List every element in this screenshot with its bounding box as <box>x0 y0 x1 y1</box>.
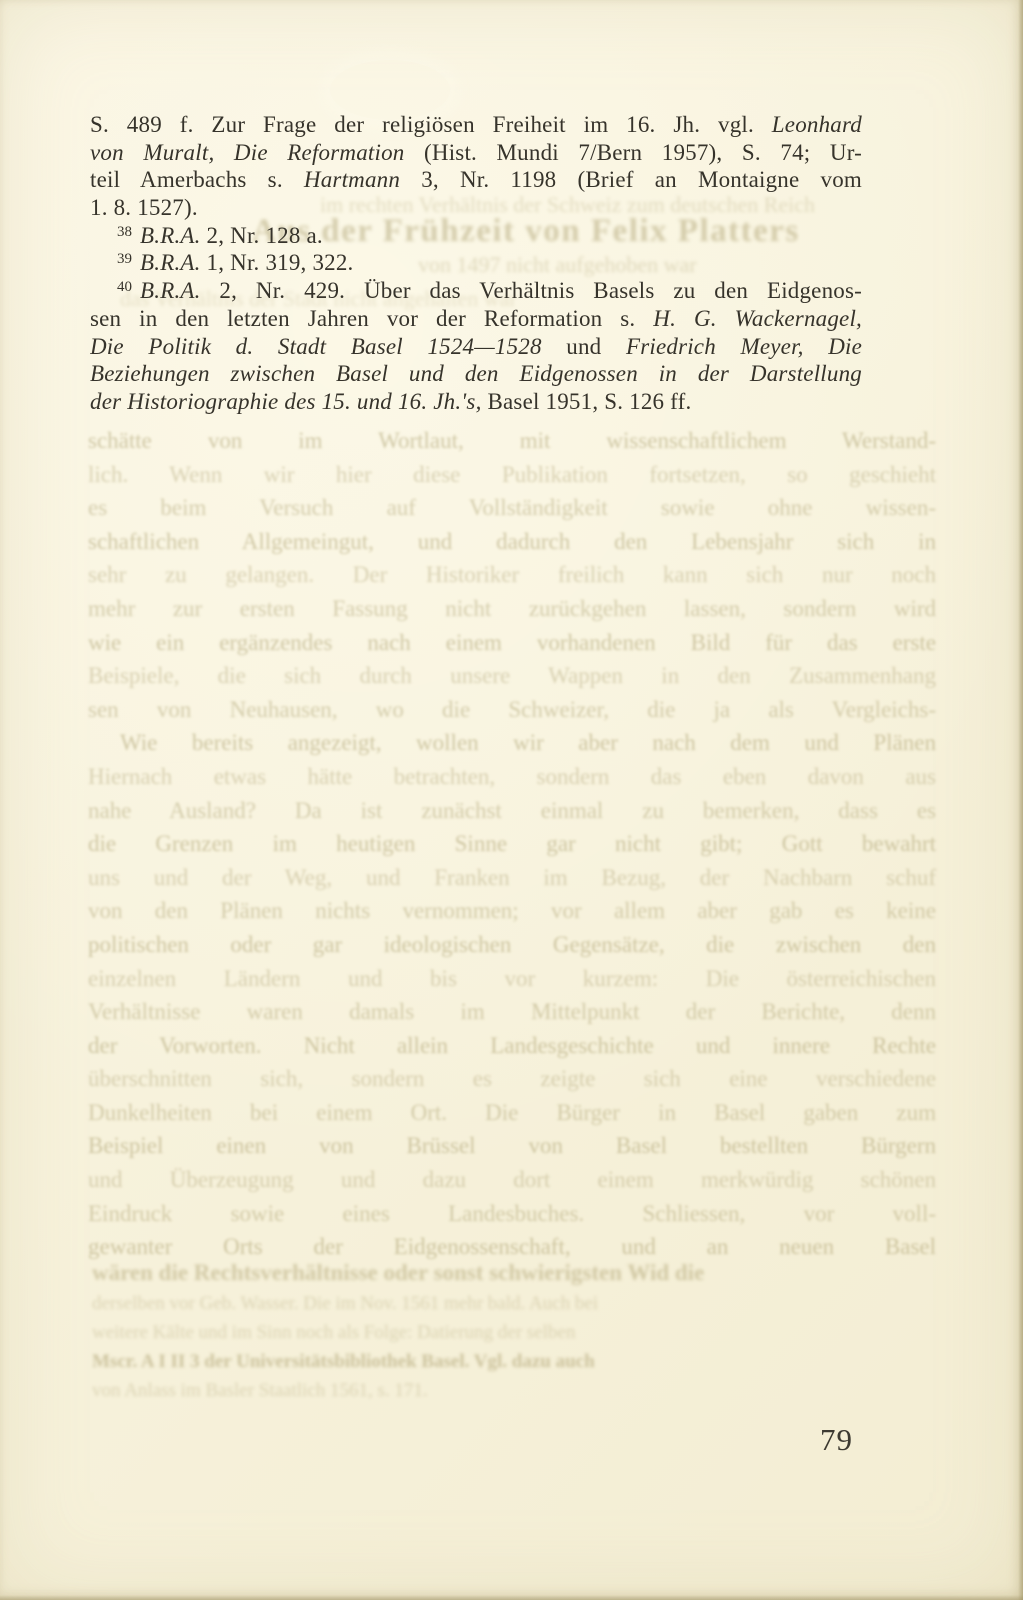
page-number: 79 <box>820 1422 880 1458</box>
bleed-through-line: Beispiele, die sich durch unsere Wappen … <box>88 659 936 693</box>
bleed-through-line: schätte von im Wortlaut, mit wissenschaf… <box>88 424 936 458</box>
roman-text: 1. 8. 1527). <box>90 195 198 220</box>
bleed-through-line: einzelnen Ländern und bis vor kurzem: Di… <box>88 962 936 996</box>
bleed-through-line: Mscr. A I II 3 der Universitätsbibliothe… <box>92 1347 922 1376</box>
text-line: teil Amerbachs s. Hartmann 3, Nr. 1198 (… <box>90 166 862 194</box>
bleed-through-line: politischen oder gar ideologischen Gegen… <box>88 928 936 962</box>
bleed-through-line: gewanter Orts der Eidgenossenschaft, und… <box>88 1230 936 1264</box>
italic-text: Die Politik d. Stadt Basel 1524—1528 <box>90 334 542 359</box>
bleed-through-line: lich. Wenn wir hier diese Publikation fo… <box>88 458 936 492</box>
bleed-through-line: überschnitten sich, sondern es zeigte si… <box>88 1062 936 1096</box>
bleed-through-line: derselben vor Geb. Wasser. Die im Nov. 1… <box>92 1289 922 1318</box>
text-line: 40B.R.A. 2, Nr. 429. Über das Verhältnis… <box>90 277 862 305</box>
bleed-through-line: Hiernach etwas hätte betrachten, sondern… <box>88 760 936 794</box>
page-edge-right <box>1018 0 1023 1600</box>
bleed-through-line: sehr zu gelangen. Der Historiker freilic… <box>88 558 936 592</box>
roman-text: 2, Nr. 128 a. <box>201 223 323 248</box>
bleed-through-line: wie ein ergänzendes nach einem vorhanden… <box>88 626 936 660</box>
bleed-through-line: der Vorworten. Nicht allein Landesgeschi… <box>88 1029 936 1063</box>
bleed-through-line: Verhältnisse waren damals im Mittelpunkt… <box>88 995 936 1029</box>
italic-text: der Historiographie des 15. und 16. Jh.'… <box>90 389 482 414</box>
bleed-through-footnote-block: wären die Rechtsverhältnisse oder sonst … <box>92 1256 922 1405</box>
bleed-through-line: nahe Ausland? Da ist zunächst einmal zu … <box>88 794 936 828</box>
footnote-number: 38 <box>117 224 132 240</box>
page-edge-bottom <box>0 1595 1023 1600</box>
italic-text: B.R.A. <box>140 250 201 275</box>
roman-text: 2, Nr. 429. Über das Verhältnis Basels z… <box>201 278 862 303</box>
italic-text: Beziehungen zwischen Basel und den Eidge… <box>90 361 862 386</box>
bleed-through-line: es beim Versuch auf Vollständigkeit sowi… <box>88 491 936 525</box>
roman-text: teil Amerbachs s. <box>90 167 304 192</box>
bleed-through-text-block: schätte von im Wortlaut, mit wissenschaf… <box>88 424 936 1264</box>
italic-text: von Muralt, Die Reformation <box>90 140 404 165</box>
bleed-through-line: von den Plänen nichts vernommen; vor all… <box>88 894 936 928</box>
text-line: sen in den letzten Jahren vor der Reform… <box>90 305 862 333</box>
italic-text: B.R.A. <box>140 278 201 303</box>
roman-text: 1, Nr. 319, 322. <box>201 250 354 275</box>
text-line: 38B.R.A. 2, Nr. 128 a. <box>90 222 862 250</box>
footnote-text-block: S. 489 f. Zur Frage der religiösen Freih… <box>90 111 862 416</box>
footnote-number: 40 <box>117 279 132 295</box>
italic-text: Hartmann <box>304 167 400 192</box>
bleed-through-line: Eindruck sowie eines Landesbuches. Schli… <box>88 1197 936 1231</box>
bleed-through-line: wären die Rechtsverhältnisse oder sonst … <box>92 1256 922 1289</box>
scanned-book-page: im rechten Verhältnis der Schweiz zum de… <box>0 0 1023 1600</box>
bleed-through-line: Beispiel einen von Brüssel von Basel bes… <box>88 1129 936 1163</box>
roman-text: S. 489 f. Zur Frage der religiösen Freih… <box>90 112 772 137</box>
text-line: von Muralt, Die Reformation (Hist. Mundi… <box>90 139 862 167</box>
roman-text: sen in den letzten Jahren vor der Reform… <box>90 306 653 331</box>
text-line: 1. 8. 1527). <box>90 194 862 222</box>
italic-text: H. G. Wackernagel, <box>653 306 862 331</box>
bleed-through-line: und Überzeugung und dazu dort einem merk… <box>88 1163 936 1197</box>
text-line: Beziehungen zwischen Basel und den Eidge… <box>90 360 862 388</box>
bleed-through-line: Dunkelheiten bei einem Ort. Die Bürger i… <box>88 1096 936 1130</box>
bleed-through-line: uns und der Weg, und Franken im Bezug, d… <box>88 861 936 895</box>
text-line: der Historiographie des 15. und 16. Jh.'… <box>90 388 862 416</box>
roman-text: Basel 1951, S. 126 ff. <box>482 389 692 414</box>
bleed-through-line: schaftlichen Allgemeingut, und dadurch d… <box>88 525 936 559</box>
bleed-through-line: die Grenzen im heutigen Sinne gar nicht … <box>88 827 936 861</box>
bleed-through-line: Wie bereits angezeigt, wollen wir aber n… <box>88 726 936 760</box>
roman-text: und <box>542 334 626 359</box>
roman-text: 3, Nr. 1198 (Brief an Montaigne vom <box>400 167 862 192</box>
footnote-number: 39 <box>117 251 132 267</box>
bleed-through-line: von Anlass im Basler Staatlich 1561, s. … <box>92 1376 922 1405</box>
italic-text: Leonhard <box>772 112 862 137</box>
text-line: Die Politik d. Stadt Basel 1524—1528 und… <box>90 333 862 361</box>
text-line: 39B.R.A. 1, Nr. 319, 322. <box>90 249 862 277</box>
roman-text: (Hist. Mundi 7/Bern 1957), S. 74; Ur- <box>404 140 862 165</box>
text-line: S. 489 f. Zur Frage der religiösen Freih… <box>90 111 862 139</box>
bleed-through-line: mehr zur ersten Fassung nicht zurückgehe… <box>88 592 936 626</box>
italic-text: Friedrich Meyer, Die <box>626 334 862 359</box>
bleed-through-line: weitere Kälte und im Sinn noch als Folge… <box>92 1318 922 1347</box>
italic-text: B.R.A. <box>140 223 201 248</box>
bleed-through-line: sen von Neuhausen, wo die Schweizer, die… <box>88 693 936 727</box>
